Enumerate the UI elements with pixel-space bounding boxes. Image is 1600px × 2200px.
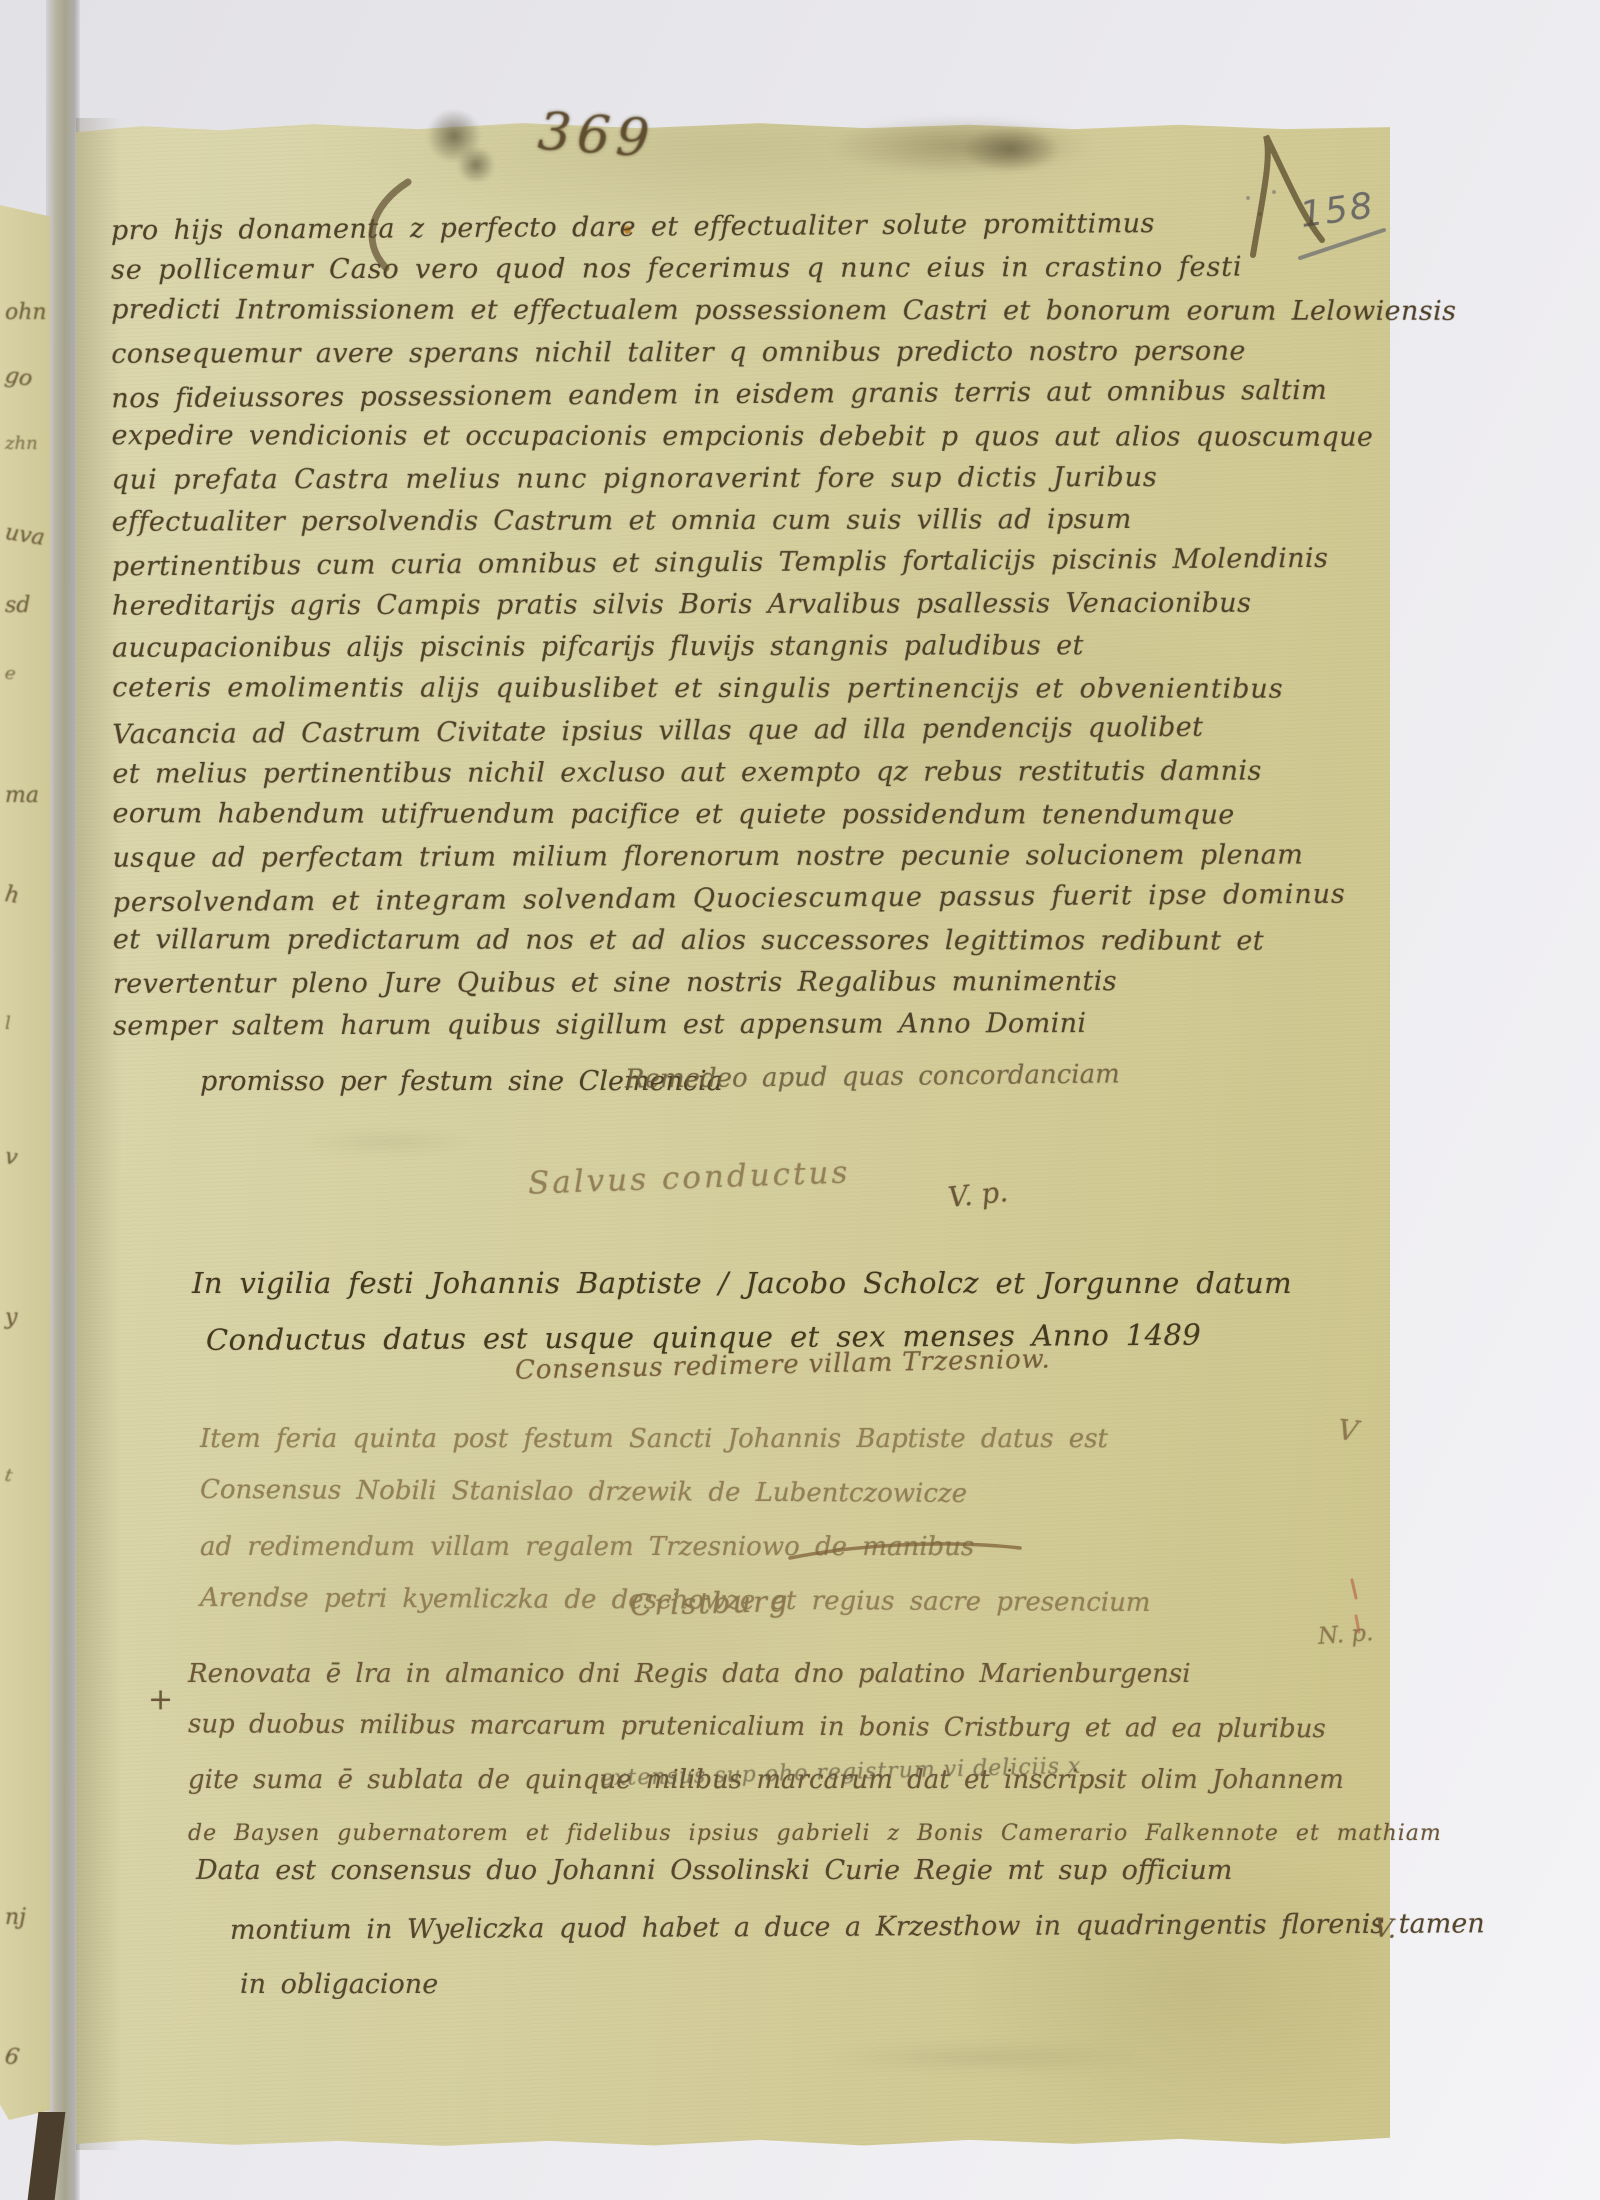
salvus-entry-block: In vigilia festi Johannis Baptiste / Jac… — [192, 1256, 1332, 1364]
margin-text-fragment: ma — [5, 783, 39, 808]
manuscript-line: consequemur avere sperans nichil taliter… — [111, 330, 1365, 375]
manuscript-line: et melius pertinentibus nichil excluso a… — [112, 750, 1366, 795]
manuscript-line: expedire vendicionis et occupacionis emp… — [111, 415, 1365, 459]
manuscript-line: hereditarijs agris Campis pratis silvis … — [112, 582, 1366, 627]
manuscript-line: Renovata ē lra in almanico dni Regis dat… — [188, 1648, 1438, 1701]
margin-text-fragment: e — [3, 662, 17, 684]
manuscript-line: ad redimendum villam regalem Trzesniowo … — [200, 1520, 1370, 1574]
manuscript-line: et villarum predictarum ad nos et ad ali… — [113, 919, 1367, 963]
manuscript-line: ceteris emolimentis alijs quibuslibet et… — [112, 667, 1366, 711]
manuscript-line: usque ad perfectam trium milium florenor… — [113, 834, 1367, 879]
manuscript-line: pertinentibus cum curia omnibus et singu… — [112, 538, 1366, 589]
wieliczka-entry-block: Data est consensus duo Johanni Ossolinsk… — [196, 1842, 1376, 2013]
margin-plus-mark: + — [148, 1682, 173, 1717]
margin-text-fragment: v — [3, 1144, 19, 1171]
margin-mark-vp: V. p. — [946, 1175, 1009, 1214]
manuscript-line: montium in Wyeliczka quod habet a duce a… — [196, 1896, 1376, 1959]
manuscript-line: qui prefata Castra melius nunc pignorave… — [112, 456, 1366, 501]
manuscript-line: pro hijs donamenta z perfecto dare et ef… — [111, 202, 1365, 253]
manuscript-scan: ohngozhnuvasdemahlvytnj6 369 158 pro hij… — [0, 0, 1600, 2200]
manuscript-line: eorum habendum utifruendum pacifice et q… — [112, 793, 1366, 837]
ink-blot — [455, 148, 497, 182]
margin-text-fragment: uva — [3, 520, 46, 551]
manuscript-line: Consensus Nobili Stanislao drzewik de Lu… — [200, 1463, 1370, 1523]
margin-mark-v: V — [1336, 1413, 1360, 1448]
manuscript-line: In vigilia festi Johannis Baptiste / Jac… — [192, 1256, 1332, 1310]
folio-number-ink: 369 — [536, 102, 657, 170]
margin-text-fragment: y — [5, 1305, 17, 1330]
manuscript-line: sup duobus milibus marcarum prutenicaliu… — [188, 1698, 1438, 1756]
manuscript-line: revertentur pleno Jure Quibus et sine no… — [113, 960, 1367, 1005]
cristburg-entry-block: Renovata ē lra in almanico dni Regis dat… — [188, 1648, 1438, 1860]
margin-text-fragment: 6 — [3, 2044, 21, 2071]
faded-smudge — [300, 1130, 480, 1154]
manuscript-line: in obligacione — [196, 1956, 1376, 2013]
margin-text-fragment: h — [3, 882, 21, 909]
margin-mark-v-bottom: V. — [1373, 1913, 1398, 1944]
manuscript-line: effectualiter persolvendis Castrum et om… — [112, 498, 1366, 543]
manuscript-line: Data est consensus duo Johanni Ossolinsk… — [196, 1842, 1376, 1899]
manuscript-line: Item feria quinta post festum Sancti Joh… — [200, 1412, 1370, 1466]
pencil-speck — [1272, 190, 1276, 194]
manuscript-line: se pollicemur Caso vero quod nos fecerim… — [111, 246, 1365, 291]
margin-text-fragment: l — [5, 1013, 11, 1034]
margin-text-fragment: ohn — [5, 300, 47, 325]
faded-smudge — [820, 2042, 1150, 2072]
manuscript-line: predicti Intromissionem et effectualem p… — [111, 289, 1365, 333]
margin-text-fragment: go — [3, 363, 34, 392]
main-text-block: pro hijs donamenta z perfecto dare et ef… — [111, 204, 1367, 1047]
book-spine-strip — [46, 0, 80, 2200]
margin-text-fragment: nj — [5, 1905, 26, 1930]
manuscript-line: nos fideiussores possessionem eandem in … — [111, 370, 1365, 421]
manuscript-line: aucupacionibus alijs piscinis pifcarijs … — [112, 624, 1366, 669]
closing-line-right: Remedeo apud quas concordanciam — [625, 1059, 1120, 1094]
previous-page-edge: ohngozhnuvasdemahlvytnj6 — [0, 205, 50, 2120]
margin-text-fragment: sd — [5, 593, 30, 618]
margin-text-fragment: t — [3, 1465, 13, 1487]
manuscript-line: Vacancia ad Castrum Civitate ipsius vill… — [112, 706, 1366, 757]
ink-smudge — [962, 126, 1060, 172]
margin-text-fragment: zhn — [5, 433, 38, 454]
section-heading-cristburg: Cristburg — [630, 1584, 790, 1622]
pencil-speck — [1246, 196, 1250, 200]
manuscript-line: persolvendam et integram solvendam Quoci… — [113, 874, 1367, 925]
manuscript-line: semper saltem harum quibus sigillum est … — [113, 1002, 1367, 1047]
margin-mark-np: N. p. — [1317, 1620, 1374, 1650]
